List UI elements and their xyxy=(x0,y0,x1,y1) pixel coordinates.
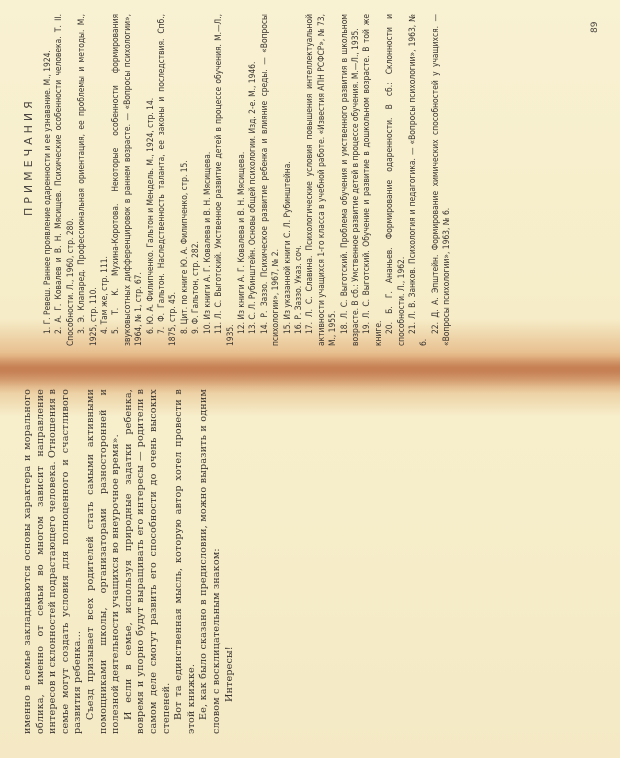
note-item: 11. Л. С. Выготский. Умственное развитие… xyxy=(213,14,236,346)
notes-list: 1. Г. Ревеш. Раннее проявление одареннос… xyxy=(42,14,453,346)
left-page: именно в семье закладываются основы хара… xyxy=(0,373,620,758)
note-item: 4. Там же, стр. 111. xyxy=(99,14,110,346)
note-item: 8. Цит. по книге Ю. А. Филипченко, стр. … xyxy=(179,14,190,346)
note-item: 13. С. Л. Рубинштейн. Основы общей психо… xyxy=(247,14,258,346)
note-item: 3. Э. Клапаред. Профессиональная ориента… xyxy=(76,14,99,346)
note-item: 19. Л. С. Выготский. Обучение и развитие… xyxy=(361,14,384,346)
note-item: 20. Б. Г. Ананьев. Формирование одаренно… xyxy=(384,14,407,346)
note-item: 10. Из книги А. Г. Ковалева и В. Н. Мяси… xyxy=(202,14,213,346)
note-item: 6. Ю. А. Филипченко. Гальтон и Мендель. … xyxy=(145,14,156,346)
note-item: 14. Р. Заззо. Психическое развитие ребен… xyxy=(259,14,282,346)
right-page: ПРИМЕЧАНИЯ 1. Г. Ревеш. Раннее проявлени… xyxy=(0,0,620,358)
note-item: 5. Т. К. Мухина-Коротова. Некоторые особ… xyxy=(110,14,144,346)
note-item: 18. Л. С. Выготский. Проблема обучения и… xyxy=(339,14,362,346)
page-fold-shadow xyxy=(0,353,620,393)
book-spread: именно в семье закладываются основы хара… xyxy=(0,0,620,758)
note-item: 22. Д. А. Эпштейн. Формирование химическ… xyxy=(430,14,453,346)
paragraph: Съезд призывает всех родителей стать сам… xyxy=(85,389,123,734)
note-item: 9. Ф. Гальтон, стр. 282. xyxy=(190,14,201,346)
note-item: 7. Ф. Гальтон. Наследственность таланта,… xyxy=(156,14,179,346)
note-item: 16. Р. Заззо. Указ. соч. xyxy=(293,14,304,346)
note-item: 2. А. Г. Ковалев и В. Н. Мясищев. Психич… xyxy=(53,14,76,346)
note-item: 12. Из книги А. Г. Ковалева и В. Н. Мяси… xyxy=(236,14,247,346)
paragraph: Вот та единственная мысль, которую автор… xyxy=(173,389,198,734)
note-item: 17. Л. С. Славина. Психологические услов… xyxy=(304,14,338,346)
notes-heading: ПРИМЕЧАНИЯ xyxy=(22,97,35,216)
note-item: 1. Г. Ревеш. Раннее проявление одареннос… xyxy=(42,14,53,346)
page-number: 89 xyxy=(590,22,600,33)
paragraph: И если в семье, используя природные зада… xyxy=(123,389,173,734)
note-item: 21. Л. В. Занков. Психология и педагогик… xyxy=(407,14,430,346)
paragraph: Интересы! xyxy=(224,389,237,734)
paragraph: именно в семье закладываются основы хара… xyxy=(22,389,85,734)
note-item: 15. Из указанной книги С. Л. Рубинштейна… xyxy=(282,14,293,346)
body-text: именно в семье закладываются основы хара… xyxy=(22,389,236,734)
paragraph: Ее, как было сказано в предисловии, можн… xyxy=(198,389,223,734)
